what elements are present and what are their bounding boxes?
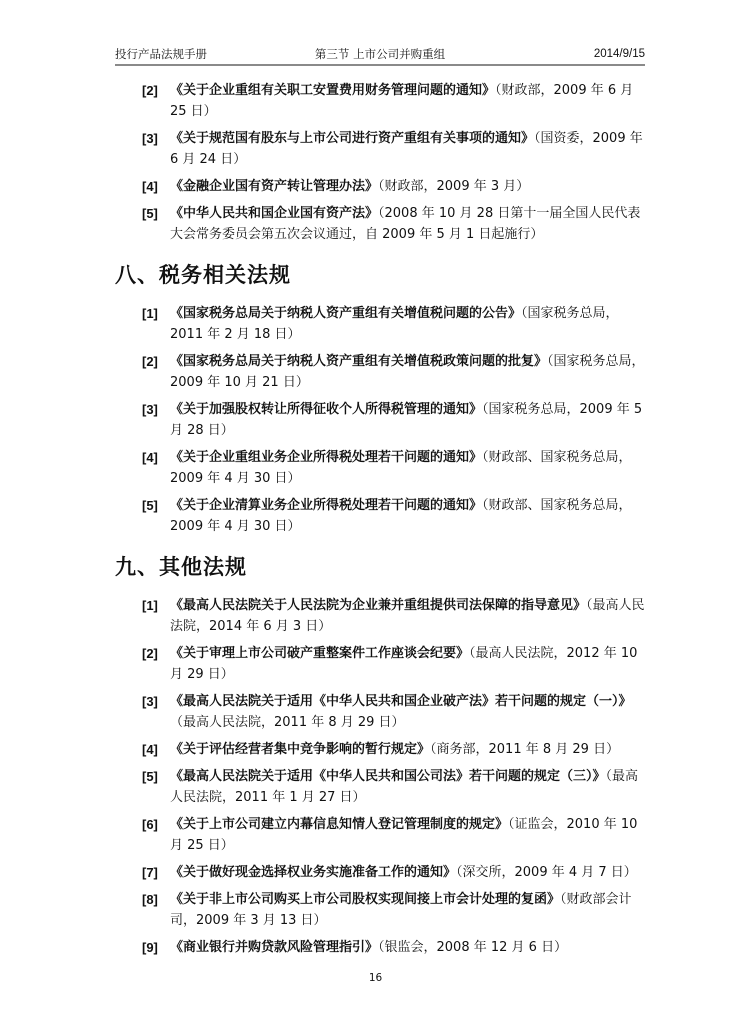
header-section-title: 第三节 上市公司并购重组 bbox=[115, 46, 645, 62]
item-number: [6] bbox=[142, 814, 158, 835]
regulation-source: （财政部，2009 年 3 月） bbox=[378, 179, 529, 194]
page-number: 16 bbox=[0, 972, 751, 984]
header-date: 2014/9/15 bbox=[594, 46, 645, 62]
item-number: [2] bbox=[142, 351, 158, 372]
regulation-title: 《关于加强股权转让所得征收个人所得税管理的通知》 bbox=[170, 402, 482, 417]
list-item: [8] 《关于非上市公司购买上市公司股权实现间接上市会计处理的复函》（财政部会计… bbox=[115, 889, 645, 931]
item-number: [4] bbox=[142, 739, 158, 760]
regulation-title: 《商业银行并购贷款风险管理指引》 bbox=[170, 940, 378, 955]
item-number: [2] bbox=[142, 80, 158, 101]
item-number: [3] bbox=[142, 128, 158, 149]
list-item: [5] 《最高人民法院关于适用《中华人民共和国公司法》若干问题的规定（三）》（最… bbox=[115, 766, 645, 808]
document-body: [2] 《关于企业重组有关职工安置费用财务管理问题的通知》（财政部，2009 年… bbox=[115, 80, 645, 964]
section-other-regulations: 九、其他法规 [1] 《最高人民法院关于人民法院为企业兼并重组提供司法保障的指导… bbox=[115, 553, 645, 958]
list-item: [1] 《国家税务总局关于纳税人资产重组有关增值税问题的公告》（国家税务总局，2… bbox=[115, 303, 645, 345]
regulation-title: 《关于规范国有股东与上市公司进行资产重组有关事项的通知》 bbox=[170, 131, 534, 146]
item-number: [2] bbox=[142, 643, 158, 664]
item-number: [8] bbox=[142, 889, 158, 910]
item-number: [5] bbox=[142, 766, 158, 787]
list-item: [1] 《最高人民法院关于人民法院为企业兼并重组提供司法保障的指导意见》（最高人… bbox=[115, 595, 645, 637]
item-number: [9] bbox=[142, 937, 158, 958]
regulation-title: 《关于做好现金选择权业务实施准备工作的通知》 bbox=[170, 865, 456, 880]
regulation-title: 《关于企业重组业务企业所得税处理若干问题的通知》 bbox=[170, 450, 482, 465]
regulation-title: 《中华人民共和国企业国有资产法》 bbox=[170, 206, 378, 221]
item-number: [3] bbox=[142, 399, 158, 420]
header-divider bbox=[115, 64, 645, 66]
regulation-title: 《金融企业国有资产转让管理办法》 bbox=[170, 179, 378, 194]
page-header: 投行产品法规手册 第三节 上市公司并购重组 2014/9/15 bbox=[115, 46, 645, 64]
list-item: [6] 《关于上市公司建立内幕信息知情人登记管理制度的规定》（证监会，2010 … bbox=[115, 814, 645, 856]
regulation-title: 《关于非上市公司购买上市公司股权实现间接上市会计处理的复函》 bbox=[170, 892, 560, 907]
section-heading: 八、税务相关法规 bbox=[115, 261, 645, 289]
regulation-title: 《关于审理上市公司破产重整案件工作座谈会纪要》 bbox=[170, 646, 469, 661]
regulation-source: （商务部，2011 年 8 月 29 日） bbox=[430, 742, 619, 757]
regulation-title: 《关于上市公司建立内幕信息知情人登记管理制度的规定》 bbox=[170, 817, 508, 832]
item-number: [1] bbox=[142, 595, 158, 616]
list-item: [3] 《关于加强股权转让所得征收个人所得税管理的通知》（国家税务总局，2009… bbox=[115, 399, 645, 441]
item-number: [4] bbox=[142, 447, 158, 468]
list-item: [7] 《关于做好现金选择权业务实施准备工作的通知》（深交所，2009 年 4 … bbox=[115, 862, 645, 883]
item-number: [7] bbox=[142, 862, 158, 883]
list-item: [3] 《最高人民法院关于适用《中华人民共和国企业破产法》若干问题的规定（一）》… bbox=[115, 691, 645, 733]
regulation-title: 《最高人民法院关于适用《中华人民共和国公司法》若干问题的规定（三）》 bbox=[170, 769, 606, 784]
regulation-title: 《最高人民法院关于人民法院为企业兼并重组提供司法保障的指导意见》 bbox=[170, 598, 586, 613]
list-item: [3] 《关于规范国有股东与上市公司进行资产重组有关事项的通知》（国资委，200… bbox=[115, 128, 645, 170]
regulation-source: （深交所，2009 年 4 月 7 日） bbox=[456, 865, 637, 880]
continued-list: [2] 《关于企业重组有关职工安置费用财务管理问题的通知》（财政部，2009 年… bbox=[115, 80, 645, 245]
regulation-title: 《关于评估经营者集中竞争影响的暂行规定》 bbox=[170, 742, 430, 757]
item-number: [5] bbox=[142, 495, 158, 516]
list-item: [5] 《关于企业清算业务企业所得税处理若干问题的通知》（财政部、国家税务总局，… bbox=[115, 495, 645, 537]
regulation-source: （最高人民法院，2011 年 8 月 29 日） bbox=[170, 715, 405, 730]
regulation-title: 《国家税务总局关于纳税人资产重组有关增值税政策问题的批复》 bbox=[170, 354, 547, 369]
section-tax-regulations: 八、税务相关法规 [1] 《国家税务总局关于纳税人资产重组有关增值税问题的公告》… bbox=[115, 261, 645, 537]
list-item: [4] 《关于企业重组业务企业所得税处理若干问题的通知》（财政部、国家税务总局，… bbox=[115, 447, 645, 489]
regulation-title: 《关于企业清算业务企业所得税处理若干问题的通知》 bbox=[170, 498, 482, 513]
list-item: [2] 《关于审理上市公司破产重整案件工作座谈会纪要》（最高人民法院，2012 … bbox=[115, 643, 645, 685]
list-item: [2] 《国家税务总局关于纳税人资产重组有关增值税政策问题的批复》（国家税务总局… bbox=[115, 351, 645, 393]
list-item: [4] 《金融企业国有资产转让管理办法》（财政部，2009 年 3 月） bbox=[115, 176, 645, 197]
list-item: [2] 《关于企业重组有关职工安置费用财务管理问题的通知》（财政部，2009 年… bbox=[115, 80, 645, 122]
regulation-title: 《国家税务总局关于纳税人资产重组有关增值税问题的公告》 bbox=[170, 306, 521, 321]
item-number: [1] bbox=[142, 303, 158, 324]
list-item: [5] 《中华人民共和国企业国有资产法》（2008 年 10 月 28 日第十一… bbox=[115, 203, 645, 245]
list-item: [4] 《关于评估经营者集中竞争影响的暂行规定》（商务部，2011 年 8 月 … bbox=[115, 739, 645, 760]
regulation-title: 《关于企业重组有关职工安置费用财务管理问题的通知》 bbox=[170, 83, 495, 98]
item-number: [3] bbox=[142, 691, 158, 712]
list-item: [9] 《商业银行并购贷款风险管理指引》（银监会，2008 年 12 月 6 日… bbox=[115, 937, 645, 958]
item-number: [5] bbox=[142, 203, 158, 224]
regulation-title: 《最高人民法院关于适用《中华人民共和国企业破产法》若干问题的规定（一）》 bbox=[170, 694, 632, 709]
regulation-source: （银监会，2008 年 12 月 6 日） bbox=[378, 940, 567, 955]
item-number: [4] bbox=[142, 176, 158, 197]
section-heading: 九、其他法规 bbox=[115, 553, 645, 581]
